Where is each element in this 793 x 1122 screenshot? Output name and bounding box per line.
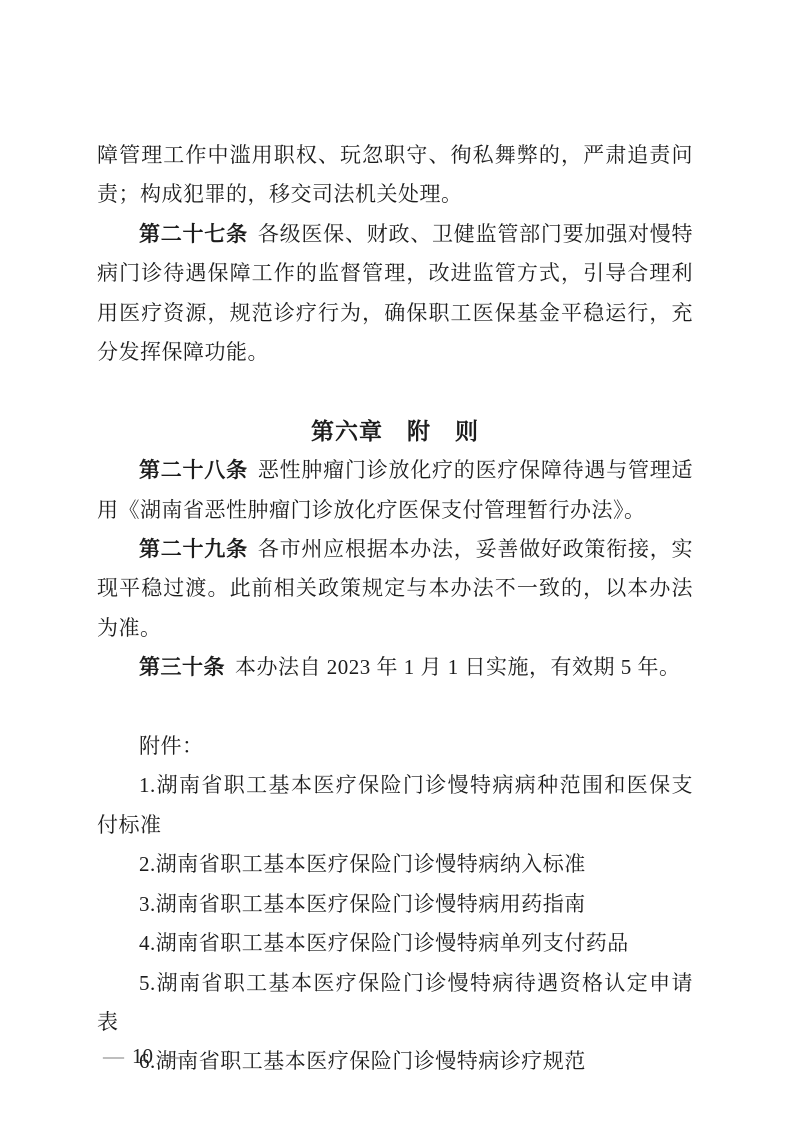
document-page: 障管理工作中滥用职权、玩忽职守、徇私舞弊的，严肃追责问责；构成犯罪的，移交司法机… — [0, 0, 793, 1122]
document-body: 障管理工作中滥用职权、玩忽职守、徇私舞弊的，严肃追责问责；构成犯罪的，移交司法机… — [97, 136, 693, 1082]
attachment-item-1: 1.湖南省职工基本医疗保险门诊慢特病病种范围和医保支付标准 — [97, 766, 693, 845]
paragraph-continuation: 障管理工作中滥用职权、玩忽职守、徇私舞弊的，严肃追责问责；构成犯罪的，移交司法机… — [97, 136, 693, 215]
article-30-text: 本办法自 2023 年 1 月 1 日实施，有效期 5 年。 — [235, 655, 681, 679]
attachment-item-3: 3.湖南省职工基本医疗保险门诊慢特病用药指南 — [97, 885, 693, 924]
article-29-label: 第二十九条 — [139, 538, 248, 561]
article-29: 第二十九条各市州应根据本办法，妥善做好政策衔接，实现平稳过渡。此前相关政策规定与… — [97, 530, 693, 648]
article-28: 第二十八条恶性肿瘤门诊放化疗的医疗保障待遇与管理适用《湖南省恶性肿瘤门诊放化疗医… — [97, 451, 693, 530]
article-28-label: 第二十八条 — [139, 459, 248, 482]
attachment-item-2: 2.湖南省职工基本医疗保险门诊慢特病纳入标准 — [97, 845, 693, 884]
article-27: 第二十七条各级医保、财政、卫健监管部门要加强对慢特病门诊待遇保障工作的监督管理，… — [97, 215, 693, 373]
article-27-label: 第二十七条 — [139, 223, 248, 246]
attachment-item-4: 4.湖南省职工基本医疗保险门诊慢特病单列支付药品 — [97, 924, 693, 963]
article-30: 第三十条本办法自 2023 年 1 月 1 日实施，有效期 5 年。 — [97, 648, 693, 687]
attachments-label: 附件： — [97, 727, 693, 766]
article-30-label: 第三十条 — [139, 656, 225, 679]
attachment-item-5: 5.湖南省职工基本医疗保险门诊慢特病待遇资格认定申请表 — [97, 964, 693, 1043]
footer-dash-right: — — [161, 1044, 182, 1068]
footer-dash-left: — — [103, 1044, 124, 1068]
attachment-item-6: 6.湖南省职工基本医疗保险门诊慢特病诊疗规范 — [97, 1042, 693, 1081]
page-footer: —10— — [103, 1042, 182, 1070]
chapter-6-heading: 第六章 附 则 — [97, 412, 693, 451]
page-number: 10 — [132, 1044, 153, 1068]
